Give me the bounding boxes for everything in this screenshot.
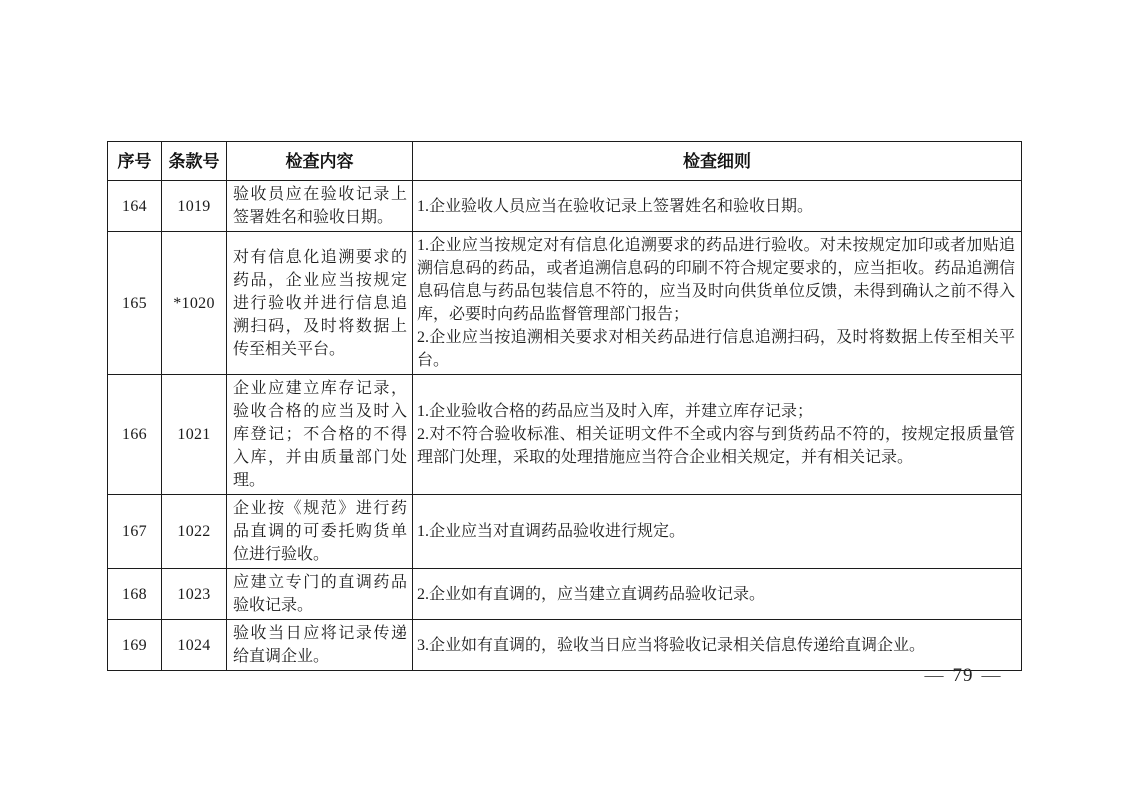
table-row: 169 1024 验收当日应将记录传递给直调企业。 3.企业如有直调的，验收当日… — [108, 620, 1022, 671]
cell-content: 验收当日应将记录传递给直调企业。 — [227, 620, 413, 671]
cell-clause: 1021 — [162, 375, 227, 495]
table-row: 165 *1020 对有信息化追溯要求的药品，企业应当按规定进行验收并进行信息追… — [108, 232, 1022, 375]
table-row: 164 1019 验收员应在验收记录上签署姓名和验收日期。 1.企业验收人员应当… — [108, 181, 1022, 232]
cell-detail: 1.企业验收人员应当在验收记录上签署姓名和验收日期。 — [413, 181, 1022, 232]
cell-content: 应建立专门的直调药品验收记录。 — [227, 569, 413, 620]
table-row: 168 1023 应建立专门的直调药品验收记录。 2.企业如有直调的，应当建立直… — [108, 569, 1022, 620]
header-seq: 序号 — [108, 142, 162, 181]
cell-seq: 165 — [108, 232, 162, 375]
cell-detail: 1.企业验收合格的药品应当及时入库，并建立库存记录； 2.对不符合验收标准、相关… — [413, 375, 1022, 495]
cell-content: 企业按《规范》进行药品直调的可委托购货单位进行验收。 — [227, 495, 413, 569]
cell-content: 对有信息化追溯要求的药品，企业应当按规定进行验收并进行信息追溯扫码，及时将数据上… — [227, 232, 413, 375]
cell-clause: 1019 — [162, 181, 227, 232]
cell-detail: 1.企业应当按规定对有信息化追溯要求的药品进行验收。对未按规定加印或者加贴追溯信… — [413, 232, 1022, 375]
cell-detail: 3.企业如有直调的，验收当日应当将验收记录相关信息传递给直调企业。 — [413, 620, 1022, 671]
inspection-rules-table: 序号 条款号 检查内容 检查细则 164 1019 验收员应在验收记录上签署姓名… — [107, 141, 1022, 671]
table-row: 167 1022 企业按《规范》进行药品直调的可委托购货单位进行验收。 1.企业… — [108, 495, 1022, 569]
footer-page-number: 79 — [953, 665, 974, 686]
cell-clause: 1022 — [162, 495, 227, 569]
cell-content: 验收员应在验收记录上签署姓名和验收日期。 — [227, 181, 413, 232]
table-header-row: 序号 条款号 检查内容 检查细则 — [108, 142, 1022, 181]
cell-seq: 166 — [108, 375, 162, 495]
header-detail: 检查细则 — [413, 142, 1022, 181]
header-content: 检查内容 — [227, 142, 413, 181]
header-clause: 条款号 — [162, 142, 227, 181]
cell-seq: 164 — [108, 181, 162, 232]
document-page: 序号 条款号 检查内容 检查细则 164 1019 验收员应在验收记录上签署姓名… — [0, 0, 1122, 793]
cell-seq: 168 — [108, 569, 162, 620]
cell-detail: 1.企业应当对直调药品验收进行规定。 — [413, 495, 1022, 569]
cell-seq: 167 — [108, 495, 162, 569]
cell-content: 企业应建立库存记录，验收合格的应当及时入库登记；不合格的不得入库，并由质量部门处… — [227, 375, 413, 495]
cell-clause: 1024 — [162, 620, 227, 671]
page-number: —79— — [898, 665, 1028, 687]
table-row: 166 1021 企业应建立库存记录，验收合格的应当及时入库登记；不合格的不得入… — [108, 375, 1022, 495]
cell-clause: 1023 — [162, 569, 227, 620]
cell-seq: 169 — [108, 620, 162, 671]
footer-right-dash: — — [974, 665, 1010, 686]
cell-detail: 2.企业如有直调的，应当建立直调药品验收记录。 — [413, 569, 1022, 620]
cell-clause: *1020 — [162, 232, 227, 375]
footer-left-dash: — — [917, 665, 953, 686]
